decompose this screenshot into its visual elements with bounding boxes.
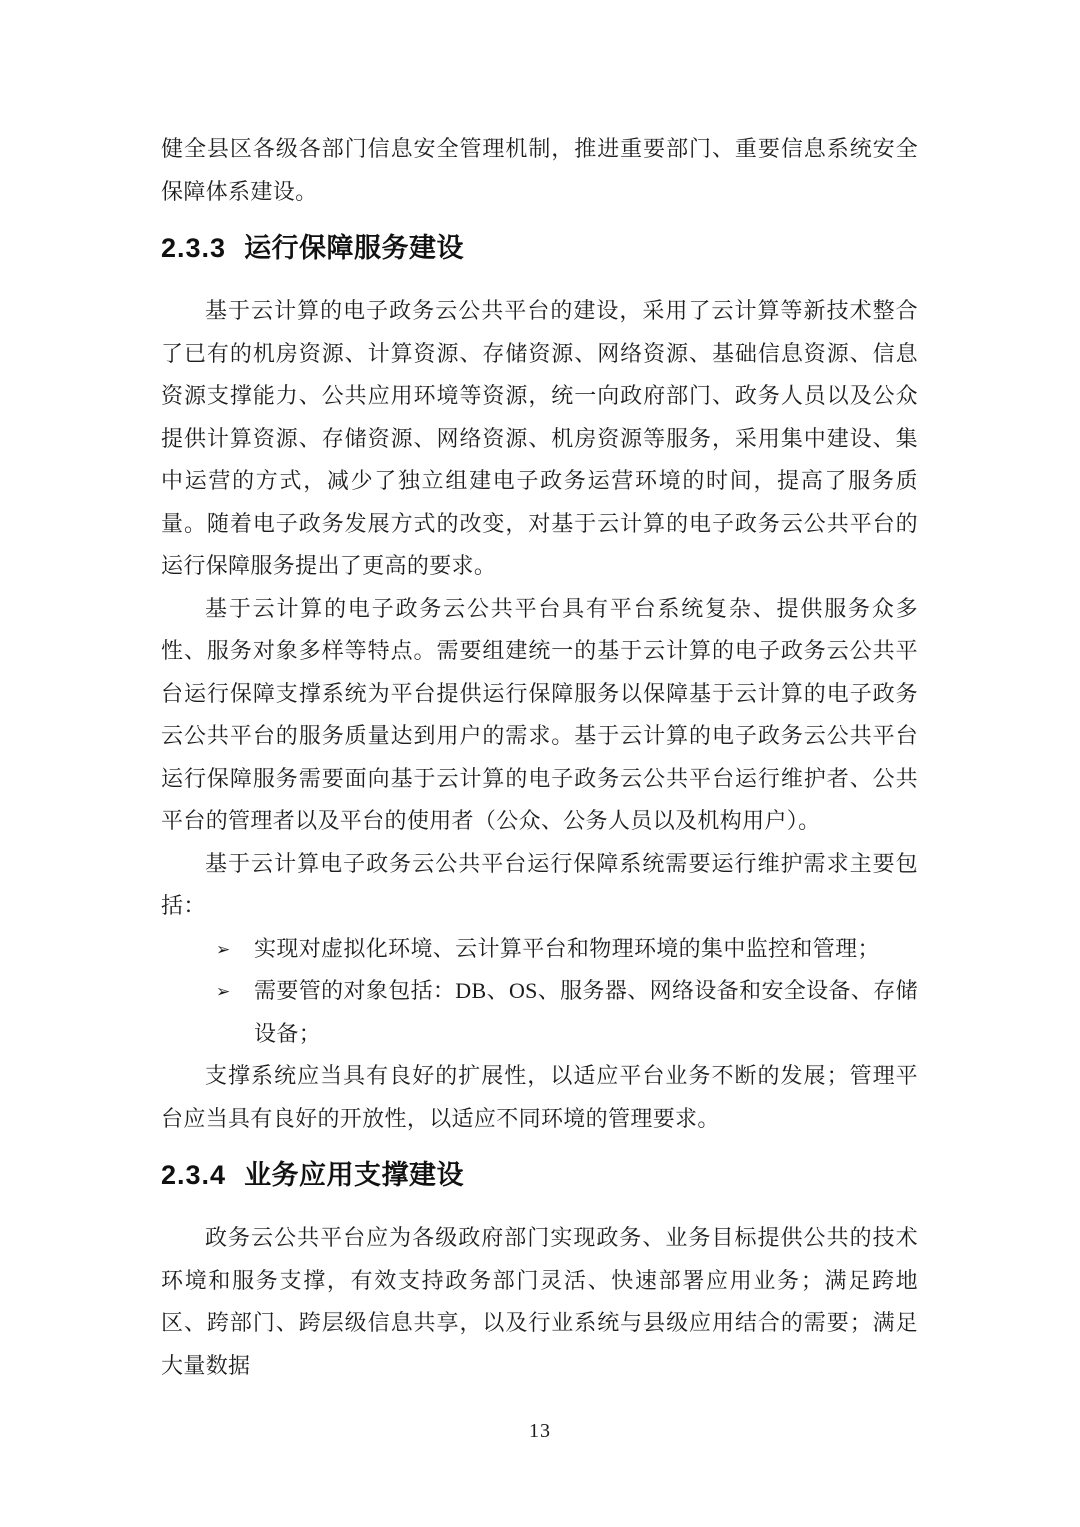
- paragraph-234-1: 政务云公共平台应为各级政府部门实现政务、业务目标提供公共的技术环境和服务支撑，有…: [161, 1217, 918, 1387]
- section-heading-233: 2.3.3运行保障服务建设: [161, 230, 918, 266]
- document-content: 健全县区各级各部门信息安全管理机制，推进重要部门、重要信息系统安全保障体系建设。…: [161, 128, 918, 1387]
- list-item-text: 实现对虚拟化环境、云计算平台和物理环境的集中监控和管理；: [254, 936, 880, 961]
- section-number: 2.3.3: [161, 233, 226, 263]
- paragraph-233-4: 支撑系统应当具有良好的扩展性，以适应平台业务不断的发展；管理平台应当具有良好的开…: [161, 1055, 918, 1140]
- paragraph-233-2: 基于云计算的电子政务云公共平台具有平台系统复杂、提供服务众多性、服务对象多样等特…: [161, 588, 918, 843]
- paragraph-233-3: 基于云计算电子政务云公共平台运行保障系统需要运行维护需求主要包括：: [161, 843, 918, 928]
- paragraph-233-1: 基于云计算的电子政务云公共平台的建设，采用了云计算等新技术整合了已有的机房资源、…: [161, 290, 918, 588]
- arrowhead-bullet-icon: ➢: [216, 929, 231, 972]
- list-item: ➢ 实现对虚拟化环境、云计算平台和物理环境的集中监控和管理；: [254, 928, 918, 971]
- page-footer: 13: [0, 1420, 1080, 1443]
- requirements-bullet-list: ➢ 实现对虚拟化环境、云计算平台和物理环境的集中监控和管理； ➢ 需要管的对象包…: [161, 928, 918, 1056]
- list-item-text: 需要管的对象包括：DB、OS、服务器、网络设备和安全设备、存储设备；: [254, 978, 918, 1046]
- section-title: 业务应用支撑建设: [244, 1160, 464, 1190]
- section-heading-234: 2.3.4业务应用支撑建设: [161, 1157, 918, 1193]
- section-title: 运行保障服务建设: [244, 233, 464, 263]
- document-page: 健全县区各级各部门信息安全管理机制，推进重要部门、重要信息系统安全保障体系建设。…: [0, 0, 1080, 1527]
- page-number: 13: [529, 1420, 551, 1442]
- list-item: ➢ 需要管的对象包括：DB、OS、服务器、网络设备和安全设备、存储设备；: [254, 970, 918, 1055]
- paragraph-intro-continuation: 健全县区各级各部门信息安全管理机制，推进重要部门、重要信息系统安全保障体系建设。: [161, 128, 918, 213]
- arrowhead-bullet-icon: ➢: [216, 971, 231, 1014]
- section-number: 2.3.4: [161, 1160, 226, 1190]
